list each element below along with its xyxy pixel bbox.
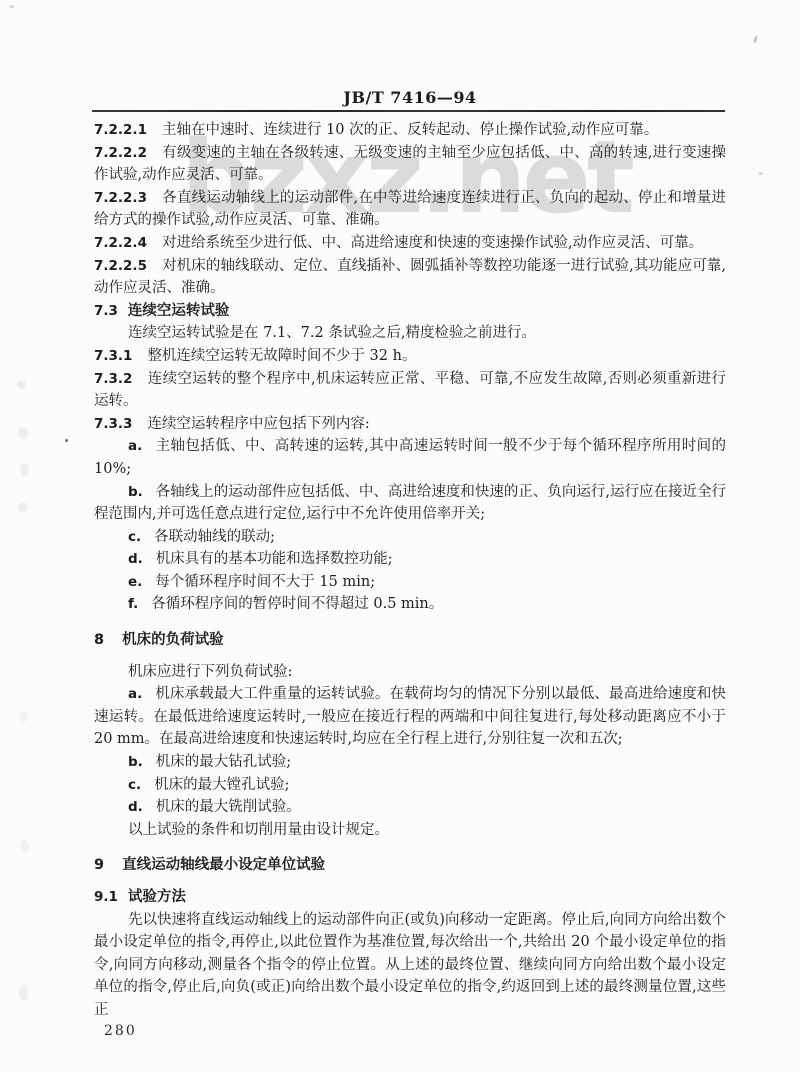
scan-artifact <box>65 439 68 442</box>
item-number: b. <box>128 484 143 500</box>
list-item-b: b.机床的最大钻孔试验; <box>94 751 726 774</box>
clause-7.3.3: 7.3.3连续空运转程序中应包括下列内容: <box>94 413 726 436</box>
item-number: 7.2.2.4 <box>94 235 147 251</box>
paragraph-text: 机床的负荷试验 <box>122 631 224 648</box>
item-number: 7.2.2.3 <box>94 190 147 206</box>
item-number: 7.2.2.5 <box>94 258 147 274</box>
item-number: a. <box>128 686 142 702</box>
paragraph-text: 以上试验的条件和切削用量由设计规定。 <box>128 822 389 838</box>
paragraph-text: 机床的最大铣削试验。 <box>156 799 301 815</box>
item-number: 7.3 <box>94 303 118 319</box>
item-number: c. <box>128 777 141 793</box>
scan-artifact <box>18 427 28 439</box>
list-item-d: d.机床具有的基本功能和选择数控功能; <box>94 548 726 571</box>
item-number: 7.3.2 <box>94 371 132 387</box>
paragraph-text: 连续空运转程序中应包括下列内容: <box>147 416 369 432</box>
item-number: 7.2.2.2 <box>94 145 147 161</box>
scan-artifact <box>19 985 28 1001</box>
scan-artifact <box>20 840 29 852</box>
scan-artifact <box>9 5 14 8</box>
section-heading-8: 8机床的负荷试验 <box>94 629 726 652</box>
item-number: c. <box>128 529 141 545</box>
document-page: bzxz.net JB/T 7416—94 7.2.2.1主轴在中速时、连续进行… <box>0 0 800 1072</box>
paragraph-text: 先以快速将直线运动轴线上的运动部件向正(或负)向移动一定距离。停止后,向同方向给… <box>94 912 726 1018</box>
list-item-f: f.各循环程序间的暂停时间不得超过 0.5 min。 <box>94 593 726 616</box>
item-number: f. <box>128 596 138 612</box>
clause-7.2.2.2: 7.2.2.2有级变速的主轴在各级转速、无级变速的主轴至少应包括低、中、高的转速… <box>94 142 726 187</box>
paragraph-text: 主轴在中速时、连续进行 10 次的正、反转起动、停止操作试验,动作应可靠。 <box>162 122 658 138</box>
item-number: 8 <box>94 632 104 648</box>
page-header: JB/T 7416—94 <box>94 88 726 107</box>
body-paragraph: 先以快速将直线运动轴线上的运动部件向正(或负)向移动一定距离。停止后,向同方向给… <box>94 909 726 1022</box>
list-item-b: b.各轴线上的运动部件应包括低、中、高进给速度和快速的正、负向运行,运行应在接近… <box>94 481 726 526</box>
body-paragraph: 机床应进行下列负荷试验: <box>94 661 726 684</box>
clause-heading-7.3: 7.3连续空运转试验 <box>94 300 726 323</box>
page-footer: 280 <box>104 1020 137 1039</box>
paragraph-text: 机床的最大镗孔试验; <box>154 777 289 793</box>
list-item-a: a.机床承载最大工件重量的运转试验。在载荷均匀的情况下分别以最低、最高进给速度和… <box>94 683 726 751</box>
standard-number: JB/T 7416—94 <box>343 88 476 107</box>
paragraph-text: 各直线运动轴线上的运动部件,在中等进给速度连续进行正、负向的起动、停止和增量进给… <box>94 190 726 229</box>
paragraph-text: 机床应进行下列负荷试验: <box>128 664 292 680</box>
paragraph-text: 有级变速的主轴在各级转速、无级变速的主轴至少应包括低、中、高的转速,进行变速操作… <box>94 145 726 184</box>
list-item-c: c.机床的最大镗孔试验; <box>94 774 726 797</box>
clause-7.2.2.3: 7.2.2.3各直线运动轴线上的运动部件,在中等进给速度连续进行正、负向的起动、… <box>94 187 726 232</box>
paragraph-text: 对机床的轴线联动、定位、直线插补、圆弧插补等数控功能逐一进行试验,其功能应可靠,… <box>94 258 726 297</box>
paragraph-text: 机床的最大钻孔试验; <box>156 754 291 770</box>
item-number: 9 <box>94 857 104 873</box>
paragraph-text: 主轴包括低、中、高转速的运转,其中高速运转时间一般不少于每个循环程序所用时间的 … <box>94 438 726 477</box>
section-heading-9: 9直线运动轴线最小设定单位试验 <box>94 854 726 877</box>
body-paragraph: 连续空运转试验是在 7.1、7.2 条试验之后,精度检验之前进行。 <box>94 322 726 345</box>
page-number: 280 <box>104 1023 137 1039</box>
paragraph-text: 各循环程序间的暂停时间不得超过 0.5 min。 <box>151 596 443 612</box>
body-paragraph: 以上试验的条件和切削用量由设计规定。 <box>94 819 726 842</box>
paragraph-text: 整机连续空运转无故障时间不少于 32 h。 <box>147 348 416 364</box>
paragraph-text: 连续空运转试验 <box>128 302 230 319</box>
paragraph-text: 各联动轴线的联动; <box>154 529 275 545</box>
document-body: 7.2.2.1主轴在中速时、连续进行 10 次的正、反转起动、停止操作试验,动作… <box>94 119 726 1022</box>
scan-artifact <box>758 172 763 175</box>
list-item-c: c.各联动轴线的联动; <box>94 526 726 549</box>
item-number: d. <box>128 551 143 567</box>
item-number: 7.3.1 <box>94 348 132 364</box>
scan-artifact <box>17 380 26 389</box>
item-number: 7.3.3 <box>94 416 132 432</box>
item-number: b. <box>128 754 143 770</box>
item-number: d. <box>128 799 143 815</box>
scan-artifact <box>753 36 758 44</box>
clause-heading-9.1: 9.1试验方法 <box>94 886 726 909</box>
item-number: 7.2.2.1 <box>94 122 147 138</box>
item-number: 9.1 <box>94 889 118 905</box>
paragraph-text: 连续空运转的整个程序中,机床运转应正常、平稳、可靠,不应发生故障,否则必须重新进… <box>94 371 726 410</box>
clause-7.3.2: 7.3.2连续空运转的整个程序中,机床运转应正常、平稳、可靠,不应发生故障,否则… <box>94 368 726 413</box>
header-rule <box>92 110 725 112</box>
clause-7.3.1: 7.3.1整机连续空运转无故障时间不少于 32 h。 <box>94 345 726 368</box>
paragraph-text: 每个循环程序时间不大于 15 min; <box>155 574 375 590</box>
item-number: a. <box>128 438 142 454</box>
clause-7.2.2.5: 7.2.2.5对机床的轴线联动、定位、直线插补、圆弧插补等数控功能逐一进行试验,… <box>94 255 726 300</box>
scan-artifact <box>20 463 29 477</box>
clause-7.2.2.4: 7.2.2.4对进给系统至少进行低、中、高进给速度和快速的变速操作试验,动作应灵… <box>94 232 726 255</box>
clause-7.2.2.1: 7.2.2.1主轴在中速时、连续进行 10 次的正、反转起动、停止操作试验,动作… <box>94 119 726 142</box>
scan-artifact <box>19 712 28 722</box>
paragraph-text: 直线运动轴线最小设定单位试验 <box>122 856 325 873</box>
paragraph-text: 对进给系统至少进行低、中、高进给速度和快速的变速操作试验,动作应灵活、可靠。 <box>162 235 703 251</box>
list-item-d: d.机床的最大铣削试验。 <box>94 796 726 819</box>
list-item-a: a.主轴包括低、中、高转速的运转,其中高速运转时间一般不少于每个循环程序所用时间… <box>94 435 726 480</box>
paragraph-text: 机床承载最大工件重量的运转试验。在载荷均匀的情况下分别以最低、最高进给速度和快速… <box>94 686 726 747</box>
paragraph-text: 各轴线上的运动部件应包括低、中、高进给速度和快速的正、负向运行,运行应在接近全行… <box>94 484 726 523</box>
paragraph-text: 试验方法 <box>128 888 186 905</box>
item-number: e. <box>128 574 142 590</box>
paragraph-text: 机床具有的基本功能和选择数控功能; <box>156 551 393 567</box>
scan-artifact <box>18 502 28 512</box>
paragraph-text: 连续空运转试验是在 7.1、7.2 条试验之后,精度检验之前进行。 <box>128 325 536 341</box>
list-item-e: e.每个循环程序时间不大于 15 min; <box>94 571 726 594</box>
